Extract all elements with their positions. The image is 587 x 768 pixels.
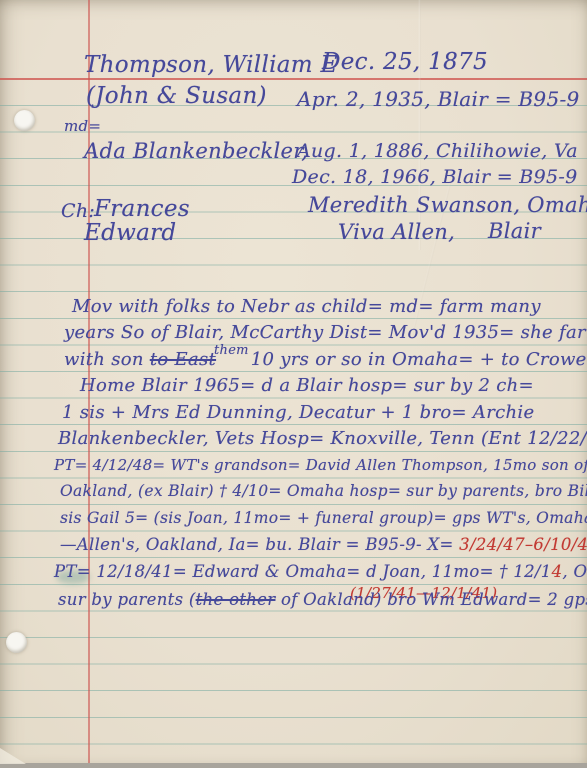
note-line: with son to Eastthem 10 yrs or so in Oma… (64, 349, 587, 370)
spouse-name: Ada Blankenbeckler, (84, 139, 308, 163)
child-spouse-frances: Meredith Swanson, Omaha (308, 193, 587, 217)
note-line: sis Gail 5= (sis Joan, 11mo= + funeral g… (60, 509, 587, 527)
child-name-frances: Frances (94, 196, 190, 222)
spouse-death-date: Dec. 18, 1966, Blair = B95-9 (292, 166, 577, 188)
note-segment: —Allen's, Oakland, Ia= bu. Blair = B95-9… (60, 535, 459, 554)
note-line: —Allen's, Oakland, Ia= bu. Blair = B95-9… (60, 535, 587, 554)
parents-names: (John & Susan) (86, 83, 267, 109)
note-line: PT= 12/18/41= Edward & Omaha= d Joan, 11… (54, 562, 587, 581)
struck-text: the other (196, 590, 276, 609)
red-ink-correction: 4 (552, 562, 563, 581)
death-date: Apr. 2, 1935, Blair = B95-9 (297, 87, 580, 111)
note-line: Home Blair 1965= d a Blair hosp= sur by … (80, 375, 534, 396)
red-ink-dates: 3/24/47–6/10/48) (459, 535, 587, 554)
spouse-birth-date: Aug. 1, 1886, Chilihowie, Va (297, 140, 578, 162)
punch-hole-bottom (6, 632, 27, 653)
note-line: Oakland, (ex Blair) † 4/10= Omaha hosp= … (60, 482, 587, 500)
person-name: Thompson, William E (84, 52, 338, 78)
note-segment: , Omaha hosp (562, 562, 587, 581)
inserted-word: them (214, 343, 249, 358)
struck-text: to East (150, 349, 216, 370)
note-line: 1 sis + Mrs Ed Dunning, Decatur + 1 bro=… (62, 402, 534, 423)
married-label: md= (64, 117, 101, 135)
note-segment: sur by parents ( (58, 590, 196, 609)
note-line: PT= 4/12/48= WT's grandson= David Allen … (54, 456, 587, 474)
note-line: Blankenbeckler, Vets Hosp= Knoxville, Te… (58, 428, 587, 449)
corner-fold (0, 748, 26, 764)
punch-hole-top (14, 110, 35, 131)
birth-date: Dec. 25, 1875 (322, 49, 488, 75)
note-line: years So of Blair, McCarthy Dist= Mov'd … (64, 322, 587, 343)
note-segment: with son (64, 349, 150, 370)
note-line: sur by parents (the other of Oakland) br… (58, 590, 587, 609)
children-label: Ch: (61, 200, 95, 222)
note-segment: PT= 12/18/41= Edward & Omaha= d Joan, 11… (54, 562, 552, 581)
note-segment: 10 yrs or so in Omaha= + to Crowell (245, 349, 587, 370)
scan-bottom-edge (0, 763, 587, 768)
child-residence-edward: Blair (488, 219, 541, 243)
note-segment: of Oakland) bro Wm Edward= 2 gps bu. Bla… (275, 590, 587, 609)
child-name-edward: Edward (84, 220, 176, 246)
child-spouse-edward: Viva Allen, (338, 220, 455, 244)
note-line: Mov with folks to Nebr as child= md= far… (72, 296, 541, 317)
scanned-genealogy-card: Thompson, William E Dec. 25, 1875 (John … (0, 0, 587, 768)
